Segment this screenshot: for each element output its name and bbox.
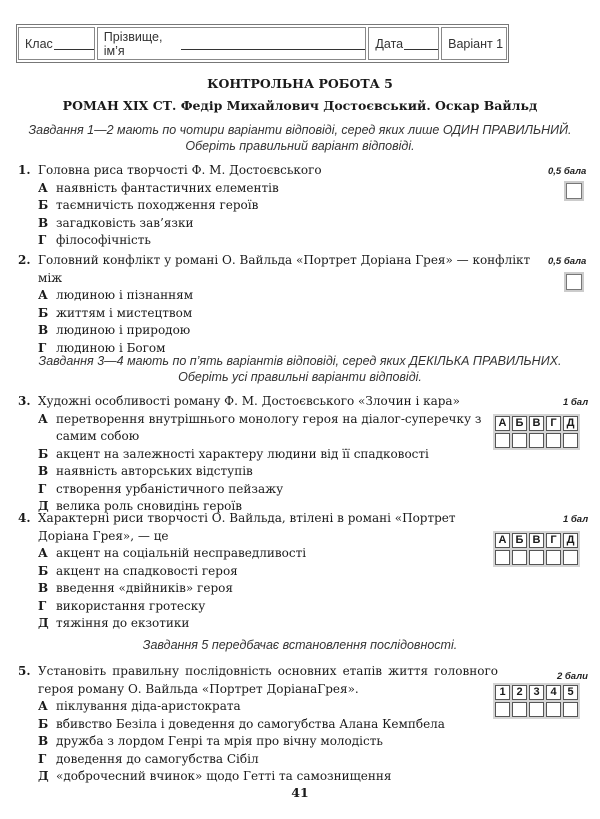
option-text: акцент на соціальній несправедливості xyxy=(56,545,306,563)
option-text: життям і мистецтвом xyxy=(56,305,192,323)
points-label: 1 бал xyxy=(563,514,588,525)
page-number: 41 xyxy=(0,785,600,800)
option: Аперетворення внутрішнього монологу геро… xyxy=(38,411,498,446)
option-text: наявність фантастичних елементів xyxy=(56,180,279,198)
option-letter: В xyxy=(38,322,56,340)
answer-cell[interactable] xyxy=(512,550,527,565)
instruction-part1: Завдання 1—2 мають по чотири варіанти ві… xyxy=(0,122,600,154)
answer-box[interactable] xyxy=(566,183,582,199)
variant-text: Варіант 1 xyxy=(448,37,503,51)
grid-header: 4 xyxy=(546,685,561,700)
option: Бтаємничість походження героїв xyxy=(38,197,563,215)
question-number: 4. xyxy=(18,510,31,528)
option-text: тяжіння до екзотики xyxy=(56,615,189,633)
option-letter: Б xyxy=(38,716,56,734)
grid-header: В xyxy=(529,533,544,548)
answer-grid: 1 2 3 4 5 xyxy=(493,683,580,719)
answer-cell[interactable] xyxy=(495,550,510,565)
option-text: акцент на спадковості героя xyxy=(56,563,238,581)
grid-header: А xyxy=(495,533,510,548)
option: Влюдиною і природою xyxy=(38,322,538,340)
answer-cell[interactable] xyxy=(546,550,561,565)
option-letter: Г xyxy=(38,751,56,769)
option-letter: А xyxy=(38,287,56,305)
grid-header: Д xyxy=(563,416,578,431)
option-text: вбивство Безіла і доведення до самогубст… xyxy=(56,716,445,734)
option-text: створення урбаністичного пейзажу xyxy=(56,481,283,499)
option-letter: Б xyxy=(38,305,56,323)
question-number: 5. xyxy=(18,663,31,681)
date-blank xyxy=(404,37,438,50)
option-text: введення «двійників» героя xyxy=(56,580,233,598)
question-text: Художні особливості роману Ф. М. Достоєв… xyxy=(38,393,498,411)
question-text: Головна риса творчості Ф. М. Достоєвсько… xyxy=(38,162,563,180)
page-title: КОНТРОЛЬНА РОБОТА 5 xyxy=(0,76,600,91)
grid-header: 2 xyxy=(512,685,527,700)
option-letter: Б xyxy=(38,563,56,581)
option-text: таємничість походження героїв xyxy=(56,197,258,215)
grid-header: Б xyxy=(512,416,527,431)
option: Бакцент на залежності характеру людини в… xyxy=(38,446,498,464)
page-subtitle: РОМАН XIX СТ. Федір Михайлович Достоєвсь… xyxy=(0,98,600,113)
option-text: людиною і пізнанням xyxy=(56,287,193,305)
option: Аакцент на соціальній несправедливості xyxy=(38,545,498,563)
option: Взагадковість зав’язки xyxy=(38,215,563,233)
points-label: 0,5 бала xyxy=(548,166,586,177)
answer-cell[interactable] xyxy=(495,702,510,717)
option-text: перетворення внутрішнього монологу героя… xyxy=(56,411,498,446)
option-text: наявність авторських відступів xyxy=(56,463,253,481)
option-letter: Г xyxy=(38,232,56,250)
grid-header: Б xyxy=(512,533,527,548)
option: Анаявність фантастичних елементів xyxy=(38,180,563,198)
instruction-line: Оберіть правильний варіант відповіді. xyxy=(0,138,600,154)
question-2: 2. Головний конфлікт у романі О. Вайльда… xyxy=(18,252,538,357)
instruction-line: Оберіть усі правильні варіанти відповіді… xyxy=(0,369,600,385)
question-text: Головний конфлікт у романі О. Вайльда «П… xyxy=(38,252,538,287)
option-letter: В xyxy=(38,733,56,751)
option-letter: Д xyxy=(38,768,56,786)
option: Гвикористання гротеску xyxy=(38,598,498,616)
answer-cell[interactable] xyxy=(512,702,527,717)
option-letter: А xyxy=(38,698,56,716)
option: Алюдиною і пізнанням xyxy=(38,287,538,305)
option-letter: Б xyxy=(38,446,56,464)
question-5: 5. Установіть правильну послідовність ос… xyxy=(18,663,498,786)
question-number: 3. xyxy=(18,393,31,411)
grid-header: 1 xyxy=(495,685,510,700)
option-letter: Д xyxy=(38,615,56,633)
variant-label: Варіант 1 xyxy=(441,27,507,60)
answer-cell[interactable] xyxy=(563,702,578,717)
answer-cell[interactable] xyxy=(529,550,544,565)
answer-cell[interactable] xyxy=(546,702,561,717)
date-label: Дата xyxy=(375,37,403,51)
option-letter: В xyxy=(38,215,56,233)
points-label: 0,5 бала xyxy=(548,256,586,267)
points-label: 2 бали xyxy=(557,671,588,682)
option-letter: А xyxy=(38,180,56,198)
question-number: 2. xyxy=(18,252,31,270)
option-letter: Г xyxy=(38,598,56,616)
option-text: акцент на залежності характеру людини ві… xyxy=(56,446,429,464)
instruction-part2: Завдання 3—4 мають по п’ять варіантів ві… xyxy=(0,353,600,385)
option: Гфілософічність xyxy=(38,232,563,250)
instruction-line: Завдання 1—2 мають по чотири варіанти ві… xyxy=(0,122,600,138)
grid-header: 3 xyxy=(529,685,544,700)
option: Д«доброчесний вчинок» щодо Гетті та само… xyxy=(38,768,498,786)
option-letter: А xyxy=(38,411,56,446)
option: Апіклування діда-аристократа xyxy=(38,698,498,716)
option-text: використання гротеску xyxy=(56,598,205,616)
option: Вдружба з лордом Генрі та мрія про вічну… xyxy=(38,733,498,751)
option-letter: А xyxy=(38,545,56,563)
grid-header: А xyxy=(495,416,510,431)
option: Гстворення урбаністичного пейзажу xyxy=(38,481,498,499)
option-text: доведення до самогубства Сібіл xyxy=(56,751,259,769)
option-letter: В xyxy=(38,580,56,598)
option: Внаявність авторських відступів xyxy=(38,463,498,481)
option-text: «доброчесний вчинок» щодо Гетті та самоз… xyxy=(56,768,391,786)
grid-header: Г xyxy=(546,533,561,548)
grid-header: Г xyxy=(546,416,561,431)
question-text: Характерні риси творчості О. Вайльда, вт… xyxy=(38,510,498,545)
answer-cell[interactable] xyxy=(529,433,544,448)
class-blank xyxy=(54,37,94,50)
answer-grid: А Б В Г Д xyxy=(493,531,580,567)
option-letter: Г xyxy=(38,481,56,499)
option: Дтяжіння до екзотики xyxy=(38,615,498,633)
grid-header: Д xyxy=(563,533,578,548)
points-label: 1 бал xyxy=(563,397,588,408)
answer-cell[interactable] xyxy=(495,433,510,448)
instruction-part3: Завдання 5 передбачає встановлення послі… xyxy=(0,637,600,653)
option-text: дружба з лордом Генрі та мрія про вічну … xyxy=(56,733,383,751)
option-letter: В xyxy=(38,463,56,481)
grid-header: 5 xyxy=(563,685,578,700)
option: Бвбивство Безіла і доведення до самогубс… xyxy=(38,716,498,734)
name-field[interactable]: Прізвище, ім’я xyxy=(97,27,367,60)
option-text: філософічність xyxy=(56,232,151,250)
class-label: Клас xyxy=(25,37,53,51)
answer-cell[interactable] xyxy=(512,433,527,448)
name-label: Прізвище, ім’я xyxy=(104,30,180,58)
option-letter: Б xyxy=(38,197,56,215)
answer-grid: А Б В Г Д xyxy=(493,414,580,450)
question-1: 1. Головна риса творчості Ф. М. Достоєвс… xyxy=(18,162,563,250)
answer-cell[interactable] xyxy=(546,433,561,448)
answer-cell[interactable] xyxy=(529,702,544,717)
option: Гдоведення до самогубства Сібіл xyxy=(38,751,498,769)
question-text: Установіть правильну послідовність основ… xyxy=(38,663,498,698)
option: Бжиттям і мистецтвом xyxy=(38,305,538,323)
question-number: 1. xyxy=(18,162,31,180)
student-info-header: Клас Прізвище, ім’я Дата Варіант 1 xyxy=(16,24,509,63)
option-text: загадковість зав’язки xyxy=(56,215,193,233)
name-blank xyxy=(181,37,366,50)
answer-cell[interactable] xyxy=(563,550,578,565)
question-4: 4. Характерні риси творчості О. Вайльда,… xyxy=(18,510,498,633)
answer-box[interactable] xyxy=(566,274,582,290)
question-3: 3. Художні особливості роману Ф. М. Дост… xyxy=(18,393,498,516)
grid-header: В xyxy=(529,416,544,431)
answer-cell[interactable] xyxy=(563,433,578,448)
option: Бакцент на спадковості героя xyxy=(38,563,498,581)
instruction-line: Завдання 3—4 мають по п’ять варіантів ві… xyxy=(0,353,600,369)
class-field[interactable]: Клас xyxy=(18,27,95,60)
date-field[interactable]: Дата xyxy=(368,27,439,60)
option: Ввведення «двійників» героя xyxy=(38,580,498,598)
option-text: піклування діда-аристократа xyxy=(56,698,241,716)
option-text: людиною і природою xyxy=(56,322,190,340)
